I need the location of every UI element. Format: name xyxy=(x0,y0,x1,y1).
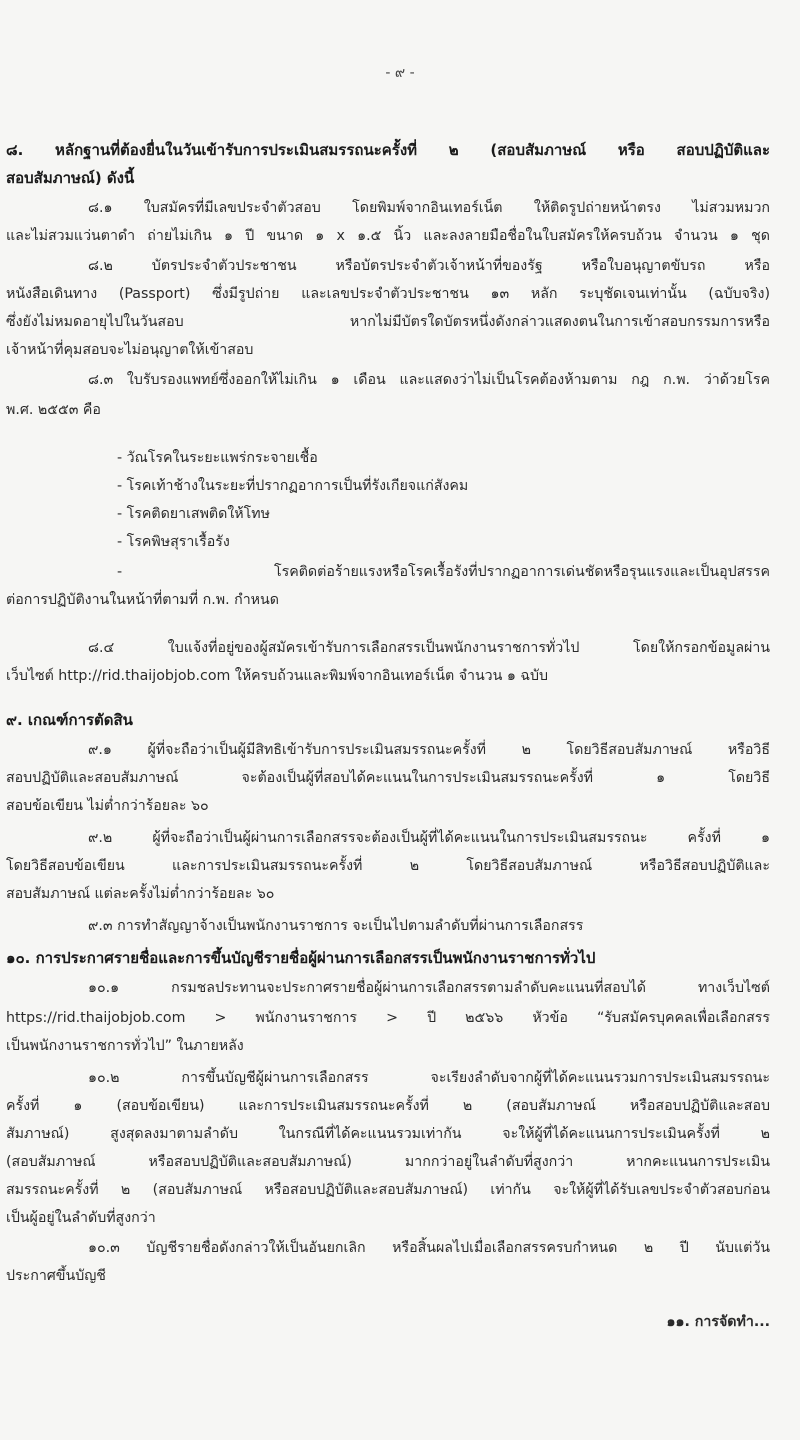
section-heading: สอบสัมภาษณ์) ดังนี้ xyxy=(6,168,770,188)
text-line: (สอบสัมภาษณ์ หรือสอบปฏิบัติและสอบสัมภาษณ… xyxy=(6,1152,770,1172)
text-line: ๑๐.๑ กรมชลประทานจะประกาศรายชื่อผู้ผ่านกา… xyxy=(88,978,770,998)
text-line: ๙.๒ ผู้ที่จะถือว่าเป็นผู้ผ่านการเลือกสรร… xyxy=(88,828,770,848)
text-line: ซึ่งยังไม่หมดอายุไปในวันสอบ หากไม่มีบัตร… xyxy=(6,312,770,332)
section-heading: ๑๐. การประกาศรายชื่อและการขึ้นบัญชีรายชื… xyxy=(6,948,770,968)
text-line: ๘.๓ ใบรับรองแพทย์ซึ่งออกให้ไม่เกิน ๑ เดื… xyxy=(88,370,770,390)
text-line: เว็บไซต์ http://rid.thaijobjob.com ให้คร… xyxy=(6,666,770,686)
text-line: - โรคติดต่อร้ายแรงหรือโรคเรื้อรังที่ปราก… xyxy=(117,562,770,582)
text-line: ๑๑. การจัดทำ... xyxy=(6,1312,770,1332)
text-line: https://rid.thaijobjob.com > พนักงานราชก… xyxy=(6,1008,770,1028)
text-line: ๑๐.๓ บัญชีรายชื่อดังกล่าวให้เป็นอันยกเลิ… xyxy=(88,1238,770,1258)
text-line: เจ้าหน้าที่คุมสอบจะไม่อนุญาตให้เข้าสอบ xyxy=(6,340,770,360)
text-line: โดยวิธีสอบข้อเขียน และการประเมินสมรรถนะค… xyxy=(6,856,770,876)
text-line: พ.ศ. ๒๕๕๓ คือ xyxy=(6,400,770,420)
text-line: ๑๐.๒ การขึ้นบัญชีผู้ผ่านการเลือกสรร จะเร… xyxy=(88,1068,770,1088)
text-line: หนังสือเดินทาง (Passport) ซึ่งมีรูปถ่าย … xyxy=(6,284,770,304)
document-page: - ๙ - ๘. หลักฐานที่ต้องยื่นในวันเข้ารับก… xyxy=(0,0,800,1440)
text-line: สอบข้อเขียน ไม่ต่ำกว่าร้อยละ ๖๐ xyxy=(6,796,770,816)
page-number: - ๙ - xyxy=(0,62,800,84)
section-heading: ๘. หลักฐานที่ต้องยื่นในวันเข้ารับการประเ… xyxy=(6,140,770,160)
text-line: ๙.๑ ผู้ที่จะถือว่าเป็นผู้มีสิทธิเข้ารับก… xyxy=(88,740,770,760)
text-line: เป็นพนักงานราชการทั่วไป” ในภายหลัง xyxy=(6,1036,770,1056)
text-line: ประกาศขึ้นบัญชี xyxy=(6,1266,770,1286)
text-line: สอบสัมภาษณ์ แต่ละครั้งไม่ต่ำกว่าร้อยละ ๖… xyxy=(6,884,770,904)
text-line: - วัณโรคในระยะแพร่กระจายเชื้อ xyxy=(117,448,770,468)
text-line: - โรคติดยาเสพติดให้โทษ xyxy=(117,504,770,524)
text-line: - โรคเท้าช้างในระยะที่ปรากฏอาการเป็นที่ร… xyxy=(117,476,770,496)
text-line: ๘.๔ ใบแจ้งที่อยู่ของผู้สมัครเข้ารับการเล… xyxy=(88,638,770,658)
text-line: - โรคพิษสุราเรื้อรัง xyxy=(117,532,770,552)
text-line: ต่อการปฏิบัติงานในหน้าที่ตามที่ ก.พ. กำห… xyxy=(6,590,770,610)
text-line: ครั้งที่ ๑ (สอบข้อเขียน) และการประเมินสม… xyxy=(6,1096,770,1116)
text-line: ๙.๓ การทำสัญญาจ้างเป็นพนักงานราชการ จะเป… xyxy=(88,916,770,936)
text-line: เป็นผู้อยู่ในลำดับที่สูงกว่า xyxy=(6,1208,770,1228)
text-line: ๘.๒ บัตรประจำตัวประชาชน หรือบัตรประจำตัว… xyxy=(88,256,770,276)
text-line: สมรรถนะครั้งที่ ๒ (สอบสัมภาษณ์ หรือสอบปฏ… xyxy=(6,1180,770,1200)
section-heading: ๙. เกณฑ์การตัดสิน xyxy=(6,710,770,730)
text-line: ๘.๑ ใบสมัครที่มีเลขประจำตัวสอบ โดยพิมพ์จ… xyxy=(88,198,770,218)
text-line: สัมภาษณ์) สูงสุดลงมาตามลำดับ ในกรณีที่ได… xyxy=(6,1124,770,1144)
text-line: สอบปฏิบัติและสอบสัมภาษณ์ จะต้องเป็นผู้ที… xyxy=(6,768,770,788)
text-line: และไม่สวมแว่นตาดำ ถ่ายไม่เกิน ๑ ปี ขนาด … xyxy=(6,226,770,246)
